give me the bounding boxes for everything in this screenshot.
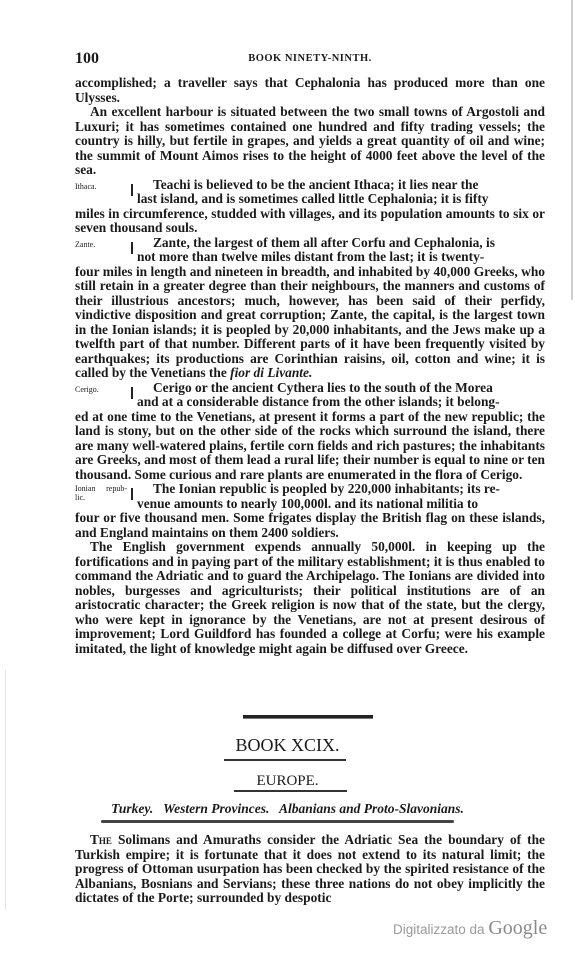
paragraph-cerigo: Cerigo. Cerigo or the ancient Cythera li… bbox=[75, 381, 545, 483]
title-underline bbox=[224, 759, 346, 761]
paragraph: accomplished; a traveller says that Ceph… bbox=[75, 76, 545, 105]
first-line: Zante, the largest of them all after Cor… bbox=[75, 236, 545, 251]
paragraph: The Solimans and Amuraths consider the A… bbox=[75, 833, 545, 906]
body-text-bottom: The Solimans and Amuraths consider the A… bbox=[75, 833, 545, 906]
page-edge bbox=[571, 0, 573, 300]
side-note: Cerigo. bbox=[75, 385, 125, 394]
section-divider bbox=[243, 715, 373, 719]
paragraph-zante: Zante. Zante, the largest of them all af… bbox=[75, 236, 545, 381]
paragraph: The English government expends annually … bbox=[75, 540, 545, 656]
subtitle-underline bbox=[101, 820, 454, 823]
second-line: and at a considerable distance from the … bbox=[75, 395, 545, 410]
second-line: not more than twelve miles distant from … bbox=[75, 250, 545, 265]
book-title: BOOK XCIX. bbox=[0, 735, 575, 756]
margin-bar bbox=[131, 387, 133, 399]
first-line: The Ionian republic is peopled by 220,00… bbox=[75, 482, 545, 497]
second-line: last island, and is sometimes called lit… bbox=[75, 192, 545, 207]
paragraph-rest: ed at one time to the Venetians, at pres… bbox=[75, 410, 545, 483]
digitization-watermark: Digitalizzato da Google bbox=[393, 917, 547, 940]
margin-bar bbox=[131, 488, 133, 500]
side-note: Zante. bbox=[75, 240, 125, 249]
margin-bar bbox=[131, 242, 133, 254]
chapter-subtitle: Turkey. Western Provinces. Albanians and… bbox=[0, 801, 575, 817]
running-head: BOOK NINETY-NINTH. bbox=[75, 53, 545, 64]
italic-phrase: fior di Livante. bbox=[230, 365, 312, 380]
first-line: Teachi is believed to be the ancient Ith… bbox=[75, 178, 545, 193]
margin-bar bbox=[131, 184, 133, 196]
first-line: Cerigo or the ancient Cythera lies to th… bbox=[75, 381, 545, 396]
paragraph: An excellent harbour is situated between… bbox=[75, 105, 545, 178]
paragraph-rest: four miles in length and nineteen in bre… bbox=[75, 265, 545, 381]
region-heading: EUROPE. bbox=[0, 773, 575, 790]
lead-word: The bbox=[90, 832, 112, 847]
paragraph-rest: four or five thousand men. Some frigates… bbox=[75, 511, 545, 540]
paragraph-ithaca: Ithaca. Teachi is believed to be the anc… bbox=[75, 178, 545, 236]
region-underline bbox=[234, 790, 347, 792]
paragraph-rest: miles in circumference, studded with vil… bbox=[75, 207, 545, 236]
google-logo: Google bbox=[488, 917, 547, 939]
side-note: Ithaca. bbox=[75, 182, 125, 191]
page-header: 100 BOOK NINETY-NINTH. bbox=[75, 50, 545, 68]
page-edge-left bbox=[5, 670, 6, 910]
paragraph-ionian: Ionian repub-lic. The Ionian republic is… bbox=[75, 482, 545, 540]
body-text-top: accomplished; a traveller says that Ceph… bbox=[75, 76, 545, 656]
second-line: venue amounts to nearly 100,000l. and it… bbox=[75, 497, 545, 512]
side-note: Ionian repub-lic. bbox=[75, 484, 127, 502]
